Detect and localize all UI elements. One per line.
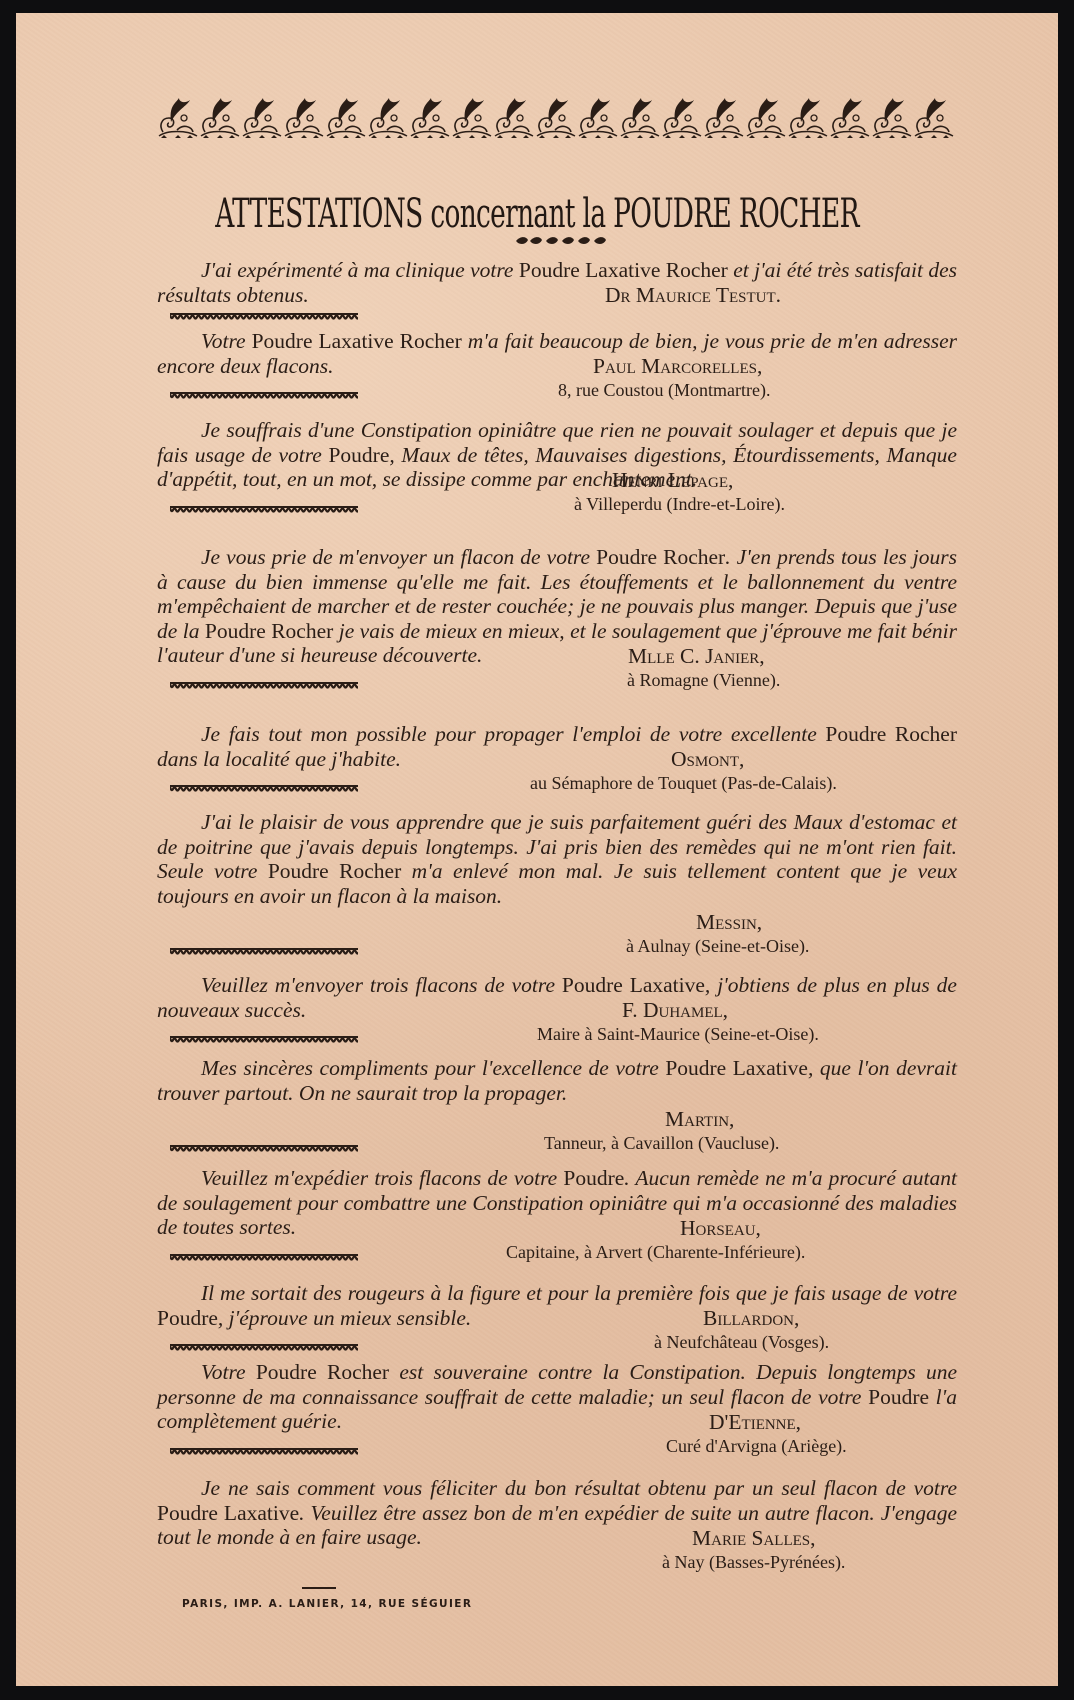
- title-ornament-icon: [514, 235, 610, 247]
- signature: Billardon,: [703, 1306, 799, 1331]
- quote-text: Mes sincères compliments pour l'excellen…: [201, 1056, 665, 1080]
- wavy-divider-icon: [170, 1145, 358, 1152]
- product-name: Poudre Laxative Rocher: [519, 258, 728, 282]
- page-title: ATTESTATIONS concernant la POUDRE ROCHER: [193, 192, 881, 236]
- testimonial-quote: Votre Poudre Laxative Rocher m'a fait be…: [157, 329, 957, 378]
- signature: Martin,: [665, 1107, 734, 1132]
- testimonial-quote: Veuillez m'expédier trois flacons de vot…: [157, 1166, 957, 1240]
- wavy-divider-icon: [170, 1344, 358, 1351]
- signatory-location: à Neufchâteau (Vosges).: [654, 1330, 829, 1355]
- footer-rule: [302, 1587, 336, 1589]
- testimonial-entry: Je souffrais d'une Constipation opiniâtr…: [157, 418, 957, 492]
- signatory-location: 8, rue Coustou (Montmartre).: [558, 378, 770, 403]
- wavy-divider-icon: [170, 682, 358, 689]
- testimonial-entry: Il me sortait des rougeurs à la figure e…: [157, 1281, 957, 1330]
- wavy-divider-icon: [170, 313, 358, 320]
- signature: Dr Maurice Testut.: [605, 283, 781, 308]
- product-name: Poudre: [868, 1385, 929, 1409]
- product-name: Poudre: [563, 1166, 624, 1190]
- product-name: Poudre Rocher: [205, 619, 333, 643]
- signatory-location: Capitaine, à Arvert (Charente-Inférieure…: [506, 1240, 805, 1265]
- testimonial-entry: Je ne sais comment vous féliciter du bon…: [157, 1476, 957, 1550]
- product-name: Poudre Laxative: [562, 973, 705, 997]
- testimonial-entry: Votre Poudre Rocher est souveraine contr…: [157, 1360, 957, 1434]
- signatory-location: Curé d'Arvigna (Ariège).: [666, 1434, 847, 1459]
- product-name: Poudre Rocher: [256, 1360, 389, 1384]
- testimonial-quote: Veuillez m'envoyer trois flacons de votr…: [157, 973, 957, 1022]
- quote-text: Veuillez m'envoyer trois flacons de votr…: [201, 973, 562, 997]
- testimonial-quote: J'ai le plaisir de vous apprendre que je…: [157, 810, 957, 908]
- product-name: Poudre Rocher: [596, 545, 725, 569]
- testimonial-quote: Je vous prie de m'envoyer un flacon de v…: [157, 545, 957, 668]
- testimonial-quote: Je souffrais d'une Constipation opiniâtr…: [157, 418, 957, 492]
- signatory-location: Tanneur, à Cavaillon (Vaucluse).: [544, 1131, 779, 1156]
- signature: D'Etienne,: [709, 1410, 801, 1435]
- testimonial-entry: Votre Poudre Laxative Rocher m'a fait be…: [157, 329, 957, 378]
- signature: Marie Salles,: [692, 1526, 815, 1551]
- wavy-divider-icon: [170, 506, 358, 513]
- quote-text: Je fais tout mon possible pour propager …: [201, 722, 825, 746]
- quote-text: Votre: [201, 329, 252, 353]
- testimonial-entry: Veuillez m'expédier trois flacons de vot…: [157, 1166, 957, 1240]
- testimonial-entry: Veuillez m'envoyer trois flacons de votr…: [157, 973, 957, 1022]
- signatory-location: Maire à Saint-Maurice (Seine-et-Oise).: [537, 1022, 819, 1047]
- printer-imprint: PARIS, IMP. A. LANIER, 14, RUE SÉGUIER: [182, 1598, 472, 1610]
- ornamental-frieze: [157, 96, 957, 140]
- wavy-divider-icon: [170, 1254, 358, 1261]
- testimonial-quote: Il me sortait des rougeurs à la figure e…: [157, 1281, 957, 1330]
- signature: Messin,: [696, 910, 762, 935]
- floral-scroll-border-icon: [157, 96, 957, 140]
- quote-text: Je vous prie de m'envoyer un flacon de v…: [201, 545, 596, 569]
- signatory-location: à Nay (Basses-Pyrénées).: [662, 1550, 845, 1575]
- signatory-location: à Aulnay (Seine-et-Oise).: [626, 934, 809, 959]
- quote-text: dans la localité que j'habite.: [157, 747, 401, 771]
- product-name: Poudre Rocher: [825, 722, 957, 746]
- testimonial-quote: Je ne sais comment vous féliciter du bon…: [157, 1476, 957, 1550]
- signatory-location: à Villeperdu (Indre-et-Loire).: [574, 492, 785, 517]
- signatory-location: au Sémaphore de Touquet (Pas-de-Calais).: [530, 771, 837, 796]
- signature: Mlle C. Janier,: [628, 644, 765, 669]
- quote-text: Votre: [201, 1360, 256, 1384]
- quote-text: Je ne sais comment vous féliciter du bon…: [201, 1476, 957, 1500]
- testimonial-quote: Votre Poudre Rocher est souveraine contr…: [157, 1360, 957, 1434]
- signatory-location: à Romagne (Vienne).: [627, 668, 780, 693]
- quote-text: J'ai expérimenté à ma clinique votre: [201, 258, 519, 282]
- product-name: Poudre Rocher: [268, 859, 401, 883]
- testimonial-quote: Je fais tout mon possible pour propager …: [157, 722, 957, 771]
- signature: Osmont,: [671, 747, 744, 772]
- product-name: Poudre Laxative: [157, 1501, 299, 1525]
- testimonial-quote: Mes sincères compliments pour l'excellen…: [157, 1056, 957, 1105]
- wavy-divider-icon: [170, 392, 358, 399]
- wavy-divider-icon: [170, 948, 358, 955]
- quote-text: Veuillez m'expédier trois flacons de vot…: [201, 1166, 563, 1190]
- product-name: Poudre: [328, 443, 389, 467]
- signature: Henri Lepage,: [612, 468, 733, 493]
- wavy-divider-icon: [170, 1036, 358, 1043]
- signature: Paul Marcorelles,: [593, 354, 762, 379]
- signature: Horseau,: [680, 1216, 761, 1241]
- testimonial-entry: J'ai expérimenté à ma clinique votre Pou…: [157, 258, 957, 307]
- wavy-divider-icon: [170, 1448, 358, 1455]
- product-name: Poudre: [157, 1306, 218, 1330]
- document-page: ATTESTATIONS concernant la POUDRE ROCHER…: [16, 13, 1058, 1686]
- product-name: Poudre Laxative: [665, 1056, 808, 1080]
- quote-text: Il me sortait des rougeurs à la figure e…: [201, 1281, 957, 1305]
- testimonial-entry: J'ai le plaisir de vous apprendre que je…: [157, 810, 957, 908]
- wavy-divider-icon: [170, 785, 358, 792]
- quote-text: , j'éprouve un mieux sensible.: [218, 1306, 471, 1330]
- product-name: Poudre Laxative Rocher: [252, 329, 462, 353]
- testimonial-entry: Mes sincères compliments pour l'excellen…: [157, 1056, 957, 1105]
- testimonial-entry: Je fais tout mon possible pour propager …: [157, 722, 957, 771]
- signature: F. Duhamel,: [622, 998, 728, 1023]
- testimonial-quote: J'ai expérimenté à ma clinique votre Pou…: [157, 258, 957, 307]
- testimonial-entry: Je vous prie de m'envoyer un flacon de v…: [157, 545, 957, 668]
